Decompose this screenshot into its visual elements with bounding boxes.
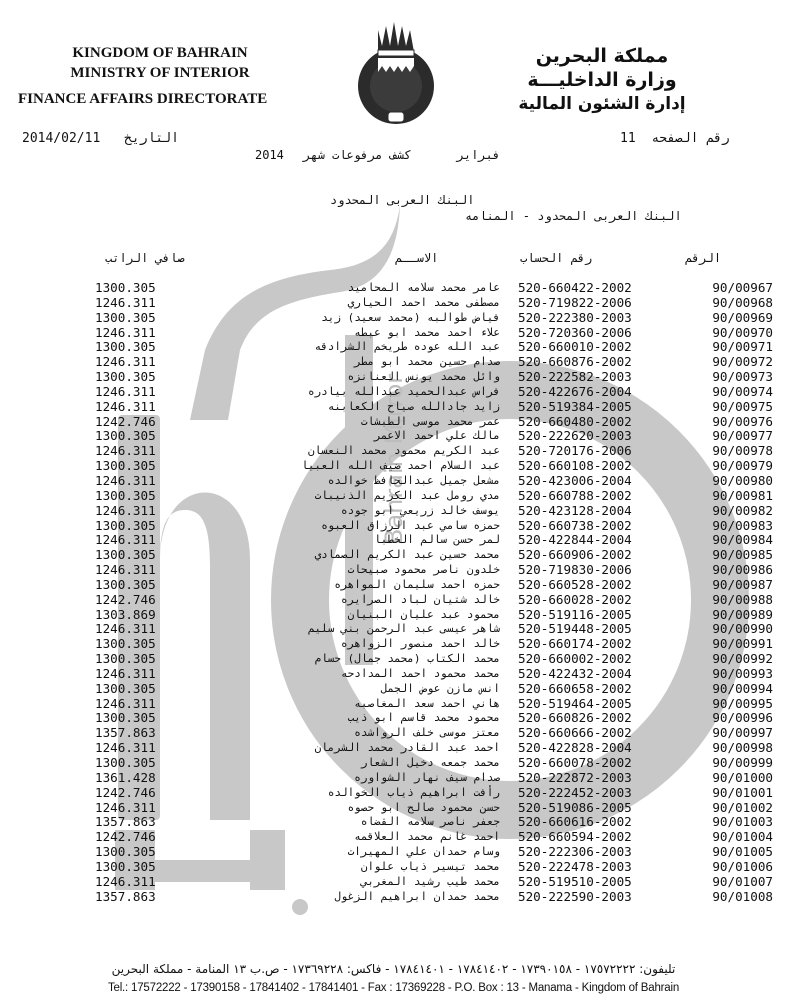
table-row: 1300.305مدي رومل عبد الكريم الذنيبات520-… [95,489,773,504]
account-number-cell: 520-222380-2003 [506,311,703,326]
employee-name-cell: مالك علي احمد الاعمر [235,429,506,444]
employee-number-cell: 90/00990 [703,622,773,637]
account-number-cell: 520-719830-2006 [506,563,703,578]
employee-name-cell: حمزه سامي عبد الرزاق العبوه [235,519,506,534]
employee-number-cell: 90/00988 [703,593,773,608]
employee-number-cell: 90/01003 [703,815,773,830]
table-row: 1242.746عمر محمد موسى الطبشات520-660480-… [95,415,773,430]
employee-name-cell: هاني احمد سعد المغاصبه [235,697,506,712]
account-number-cell: 520-660906-2002 [506,548,703,563]
column-header-net-salary: صافي الراتب [105,251,184,265]
employee-name-cell: وسام حمدان علي المهيرات [235,845,506,860]
table-row: 1357.863معتز موسى خلف الرواشده520-660666… [95,726,773,741]
report-date: 2014/02/11 التاريخ [22,131,179,146]
net-salary-cell: 1300.305 [95,429,235,444]
employee-number-cell: 90/00971 [703,340,773,355]
footer-contact-en: Tel.: 17572222 - 17390158 - 17841402 - 1… [0,982,787,994]
employee-number-cell: 90/00998 [703,741,773,756]
employee-name-cell: خالد احمد منصور الزواهره [235,637,506,652]
net-salary-cell: 1300.305 [95,311,235,326]
table-row: 1246.311لمر حسن سالم الخطبا520-422844-20… [95,533,773,548]
net-salary-cell: 1246.311 [95,504,235,519]
ministry-title-ar: وزارة الداخليـــة [457,68,747,92]
net-salary-cell: 1246.311 [95,400,235,415]
kingdom-title-ar: مملكة البحرين [457,44,747,68]
account-number-cell: 520-519384-2005 [506,400,703,415]
employee-name-cell: جعفر ناصر سلامه القضاه [235,815,506,830]
table-row: 1303.869محمود عبد عليان البنيان520-51911… [95,608,773,623]
table-row: 1300.305محمود محمد قاسم ابو ذيب520-66082… [95,711,773,726]
net-salary-cell: 1300.305 [95,711,235,726]
employee-name-cell: مشعل جميل عبدالحافظ خوالده [235,474,506,489]
table-row: 1300.305انس مازن عوض الجمل520-660658-200… [95,682,773,697]
account-number-cell: 520-519510-2005 [506,875,703,890]
account-number-cell: 520-660666-2002 [506,726,703,741]
account-number-cell: 520-519464-2005 [506,697,703,712]
net-salary-cell: 1361.428 [95,771,235,786]
employee-name-cell: عمر محمد موسى الطبشات [235,415,506,430]
employee-name-cell: محمد محمود احمد المدادحه [235,667,506,682]
net-salary-cell: 1246.311 [95,741,235,756]
employee-number-cell: 90/01008 [703,890,773,905]
bank-branch: البنك العربى المحدود - المنامه [465,209,682,223]
employee-name-cell: محمد حمدان ابراهيم الزغول [235,890,506,905]
table-row: 1246.311مشعل جميل عبدالحافظ خوالده520-42… [95,474,773,489]
employee-number-cell: 90/00969 [703,311,773,326]
table-row: 1300.305محمد حسين عبد الكريم الصمادي520-… [95,548,773,563]
table-row: 1246.311شاهر عيسى عبد الرحمن بني سليم520… [95,622,773,637]
account-number-cell: 520-660422-2002 [506,281,703,296]
table-row: 1246.311حسن محمود صالح ابو حصوه520-51908… [95,801,773,816]
table-row: 1300.305وسام حمدان علي المهيرات520-22230… [95,845,773,860]
table-row: 1246.311صدام حسين محمد ابو مطر520-660876… [95,355,773,370]
employee-number-cell: 90/00989 [703,608,773,623]
employee-number-cell: 90/01004 [703,830,773,845]
directorate-title-en: FINANCE AFFAIRS DIRECTORATE [0,88,320,110]
account-number-cell: 520-660480-2002 [506,415,703,430]
employee-name-cell: احمد عبد القادر محمد الشرمان [235,741,506,756]
table-row: 1300.305محمد الكتاب (محمد جمال) حسام520-… [95,652,773,667]
table-row: 1300.305حمزه سامي عبد الرزاق العبوه520-6… [95,519,773,534]
date-label: التاريخ [124,131,179,146]
net-salary-cell: 1300.305 [95,548,235,563]
employee-name-cell: احمد غانم محمد العلاقمه [235,830,506,845]
employee-name-cell: محمد جمعه دخيل الشعار [235,756,506,771]
employee-number-cell: 90/00991 [703,637,773,652]
account-number-cell: 520-660738-2002 [506,519,703,534]
employee-name-cell: فراس عبدالحميد عبدالله بيادره [235,385,506,400]
report-month: فبراير [457,148,500,162]
account-number-cell: 520-660658-2002 [506,682,703,697]
net-salary-cell: 1300.305 [95,845,235,860]
employee-name-cell: عبد الكريم محمود محمد النعسان [235,444,506,459]
net-salary-cell: 1300.305 [95,756,235,771]
employee-number-cell: 90/00974 [703,385,773,400]
report-year: 2014 [255,148,284,162]
account-number-cell: 520-660078-2002 [506,756,703,771]
net-salary-cell: 1246.311 [95,875,235,890]
employee-name-cell: صدام سيف نهار الشواوره [235,771,506,786]
employee-number-cell: 90/00976 [703,415,773,430]
employee-name-cell: محمد طيب رشيد المغربي [235,875,506,890]
account-number-cell: 520-660010-2002 [506,340,703,355]
table-row: 1300.305عبد الله عوده طريخم الشرادقه520-… [95,340,773,355]
account-number-cell: 520-720176-2006 [506,444,703,459]
employee-number-cell: 90/00994 [703,682,773,697]
employee-number-cell: 90/00985 [703,548,773,563]
net-salary-cell: 1300.305 [95,682,235,697]
table-row: 1300.305حمزه احمد سليمان المواهره520-660… [95,578,773,593]
account-number-cell: 520-719822-2006 [506,296,703,311]
employee-number-cell: 90/01007 [703,875,773,890]
table-row: 1242.746خالد شتيان لباد الصرايره520-6600… [95,593,773,608]
page-number: رقم الصفحه 11 [620,131,730,146]
employee-name-cell: علاء احمد محمد ابو عبطه [235,326,506,341]
net-salary-cell: 1300.305 [95,489,235,504]
table-row: 1357.863جعفر ناصر سلامه القضاه520-660616… [95,815,773,830]
employee-number-cell: 90/01005 [703,845,773,860]
account-number-cell: 520-660028-2002 [506,593,703,608]
net-salary-cell: 1300.305 [95,340,235,355]
table-row: 1246.311عبد الكريم محمود محمد النعسان520… [95,444,773,459]
kingdom-title-en: KINGDOM OF BAHRAIN [0,42,320,64]
employee-number-cell: 90/00986 [703,563,773,578]
report-title-text: كشف مرفوعات شهر [303,148,411,162]
employee-number-cell: 90/00970 [703,326,773,341]
employee-name-cell: يوسف خالد زريعي ابو جوده [235,504,506,519]
employee-number-cell: 90/00983 [703,519,773,534]
account-number-cell: 520-422828-2004 [506,741,703,756]
account-number-cell: 520-422676-2004 [506,385,703,400]
net-salary-cell: 1300.305 [95,860,235,875]
table-row: 1300.305مالك علي احمد الاعمر520-222620-2… [95,429,773,444]
account-number-cell: 520-422844-2004 [506,533,703,548]
employee-name-cell: معتز موسى خلف الرواشده [235,726,506,741]
payment-table: 1300.305عامر محمد سلامه المحاميد520-6604… [95,281,773,904]
employee-number-cell: 90/00980 [703,474,773,489]
account-number-cell: 520-720360-2006 [506,326,703,341]
account-number-cell: 520-660002-2002 [506,652,703,667]
table-row: 1246.311احمد عبد القادر محمد الشرمان520-… [95,741,773,756]
employee-name-cell: محمود محمد قاسم ابو ذيب [235,711,506,726]
account-number-cell: 520-519448-2005 [506,622,703,637]
account-number-cell: 520-222452-2003 [506,786,703,801]
account-number-cell: 520-222620-2003 [506,429,703,444]
employee-number-cell: 90/00979 [703,459,773,474]
net-salary-cell: 1300.305 [95,281,235,296]
ministry-title-en: MINISTRY OF INTERIOR [0,62,320,84]
table-row: 1300.305محمد جمعه دخيل الشعار520-660078-… [95,756,773,771]
account-number-cell: 520-222582-2003 [506,370,703,385]
table-row: 1300.305وائل محمد يونس العنانزه520-22258… [95,370,773,385]
employee-name-cell: محمد حسين عبد الكريم الصمادي [235,548,506,563]
employee-name-cell: حمزه احمد سليمان المواهره [235,578,506,593]
column-header-name: الاســم [395,251,438,265]
table-row: 1246.311محمد محمود احمد المدادحه520-4224… [95,667,773,682]
net-salary-cell: 1242.746 [95,415,235,430]
net-salary-cell: 1357.863 [95,890,235,905]
employee-name-cell: وائل محمد يونس العنانزه [235,370,506,385]
employee-number-cell: 90/00968 [703,296,773,311]
table-row: 1246.311زايد جادالله صياح الكعابنه520-51… [95,400,773,415]
employee-number-cell: 90/00977 [703,429,773,444]
page-value: 11 [620,131,636,146]
employee-name-cell: محمد تيسير ذياب علوان [235,860,506,875]
employee-name-cell: لمر حسن سالم الخطبا [235,533,506,548]
employee-number-cell: 90/01000 [703,771,773,786]
employee-name-cell: عبد السلام احمد ضيف الله العبيا [235,459,506,474]
net-salary-cell: 1246.311 [95,326,235,341]
net-salary-cell: 1357.863 [95,815,235,830]
account-number-cell: 520-660788-2002 [506,489,703,504]
net-salary-cell: 1246.311 [95,296,235,311]
net-salary-cell: 1246.311 [95,697,235,712]
account-number-cell: 520-519086-2005 [506,801,703,816]
account-number-cell: 520-660826-2002 [506,711,703,726]
net-salary-cell: 1242.746 [95,786,235,801]
employee-name-cell: عبد الله عوده طريخم الشرادقه [235,340,506,355]
employee-number-cell: 90/00997 [703,726,773,741]
employee-name-cell: مدي رومل عبد الكريم الذنيبات [235,489,506,504]
net-salary-cell: 1246.311 [95,667,235,682]
employee-number-cell: 90/00981 [703,489,773,504]
net-salary-cell: 1246.311 [95,444,235,459]
net-salary-cell: 1246.311 [95,385,235,400]
employee-number-cell: 90/01001 [703,786,773,801]
table-row: 1242.746احمد غانم محمد العلاقمه520-66059… [95,830,773,845]
date-value: 2014/02/11 [22,131,100,146]
table-row: 1361.428صدام سيف نهار الشواوره520-222872… [95,771,773,786]
employee-name-cell: محمد الكتاب (محمد جمال) حسام [235,652,506,667]
table-row: 1300.305محمد تيسير ذياب علوان520-222478-… [95,860,773,875]
table-row: 1246.311مصطفى محمد احمد الحياري520-71982… [95,296,773,311]
employee-name-cell: خالد شتيان لباد الصرايره [235,593,506,608]
net-salary-cell: 1300.305 [95,370,235,385]
net-salary-cell: 1300.305 [95,578,235,593]
table-row: 1242.746رأفت ابراهيم ذياب الخوالده520-22… [95,786,773,801]
bank-name: البنك العربى المحدود [330,193,475,207]
net-salary-cell: 1246.311 [95,622,235,637]
footer-contact-ar: تليفون: ١٧٥٧٢٢٢٢ - ١٧٣٩٠١٥٨ - ١٧٨٤١٤٠٢ -… [0,962,787,976]
account-number-cell: 520-660174-2002 [506,637,703,652]
account-number-cell: 520-660594-2002 [506,830,703,845]
employee-number-cell: 90/01002 [703,801,773,816]
account-number-cell: 520-423128-2004 [506,504,703,519]
net-salary-cell: 1303.869 [95,608,235,623]
account-number-cell: 520-519116-2005 [506,608,703,623]
net-salary-cell: 1246.311 [95,355,235,370]
employee-number-cell: 90/00984 [703,533,773,548]
table-row: 1246.311محمد طيب رشيد المغربي520-519510-… [95,875,773,890]
account-number-cell: 520-222306-2003 [506,845,703,860]
employee-name-cell: محمود عبد عليان البنيان [235,608,506,623]
report-title: 2014 فبراير كشف مرفوعات شهر [255,148,500,162]
employee-name-cell: عامر محمد سلامه المحاميد [235,281,506,296]
table-row: 1300.305عبد السلام احمد ضيف الله العبيا5… [95,459,773,474]
employee-number-cell: 90/00978 [703,444,773,459]
directorate-title-ar: إدارة الشئون المالية [457,92,747,116]
employee-number-cell: 90/00996 [703,711,773,726]
employee-number-cell: 90/00999 [703,756,773,771]
employee-name-cell: حسن محمود صالح ابو حصوه [235,801,506,816]
net-salary-cell: 1300.305 [95,519,235,534]
net-salary-cell: 1357.863 [95,726,235,741]
employee-number-cell: 90/00972 [703,355,773,370]
employee-number-cell: 90/00993 [703,667,773,682]
employee-name-cell: فياض طوالبه (محمد سعيد) زيد [235,311,506,326]
payment-table-body: 1300.305عامر محمد سلامه المحاميد520-6604… [95,281,773,904]
account-number-cell: 520-660616-2002 [506,815,703,830]
account-number-cell: 520-660528-2002 [506,578,703,593]
account-number-cell: 520-423006-2004 [506,474,703,489]
table-row: 1246.311علاء احمد محمد ابو عبطه520-72036… [95,326,773,341]
net-salary-cell: 1242.746 [95,830,235,845]
employee-name-cell: مصطفى محمد احمد الحياري [235,296,506,311]
employee-number-cell: 90/00995 [703,697,773,712]
english-letterhead: KINGDOM OF BAHRAIN MINISTRY OF INTERIOR … [0,42,320,110]
account-number-cell: 520-660876-2002 [506,355,703,370]
account-number-cell: 520-422432-2004 [506,667,703,682]
page-label: رقم الصفحه [651,131,729,146]
employee-number-cell: 90/01006 [703,860,773,875]
net-salary-cell: 1246.311 [95,563,235,578]
employee-number-cell: 90/00992 [703,652,773,667]
employee-name-cell: خلدون ناصر محمود صبيحات [235,563,506,578]
employee-number-cell: 90/00973 [703,370,773,385]
net-salary-cell: 1300.305 [95,459,235,474]
table-row: 1357.863محمد حمدان ابراهيم الزغول520-222… [95,890,773,905]
account-number-cell: 520-222872-2003 [506,771,703,786]
table-row: 1300.305فياض طوالبه (محمد سعيد) زيد520-2… [95,311,773,326]
table-row: 1300.305عامر محمد سلامه المحاميد520-6604… [95,281,773,296]
account-number-cell: 520-660108-2002 [506,459,703,474]
account-number-cell: 520-222478-2003 [506,860,703,875]
net-salary-cell: 1300.305 [95,652,235,667]
table-row: 1246.311هاني احمد سعد المغاصبه520-519464… [95,697,773,712]
employee-number-cell: 90/00975 [703,400,773,415]
employee-name-cell: صدام حسين محمد ابو مطر [235,355,506,370]
employee-name-cell: رأفت ابراهيم ذياب الخوالده [235,786,506,801]
net-salary-cell: 1246.311 [95,474,235,489]
net-salary-cell: 1242.746 [95,593,235,608]
emblem-crown-wreath-icon [336,18,456,128]
net-salary-cell: 1246.311 [95,533,235,548]
net-salary-cell: 1300.305 [95,637,235,652]
employee-number-cell: 90/00982 [703,504,773,519]
employee-name-cell: شاهر عيسى عبد الرحمن بني سليم [235,622,506,637]
net-salary-cell: 1246.311 [95,801,235,816]
arabic-letterhead: مملكة البحرين وزارة الداخليـــة إدارة ال… [457,44,747,116]
employee-name-cell: انس مازن عوض الجمل [235,682,506,697]
table-row: 1246.311خلدون ناصر محمود صبيحات520-71983… [95,563,773,578]
column-header-account: رقم الحساب [520,251,592,265]
employee-name-cell: زايد جادالله صياح الكعابنه [235,400,506,415]
employee-number-cell: 90/00987 [703,578,773,593]
table-row: 1246.311فراس عبدالحميد عبدالله بيادره520… [95,385,773,400]
account-number-cell: 520-222590-2003 [506,890,703,905]
table-row: 1300.305خالد احمد منصور الزواهره520-6601… [95,637,773,652]
employee-number-cell: 90/00967 [703,281,773,296]
column-header-number: الرقم [685,251,721,265]
table-row: 1246.311يوسف خالد زريعي ابو جوده520-4231… [95,504,773,519]
